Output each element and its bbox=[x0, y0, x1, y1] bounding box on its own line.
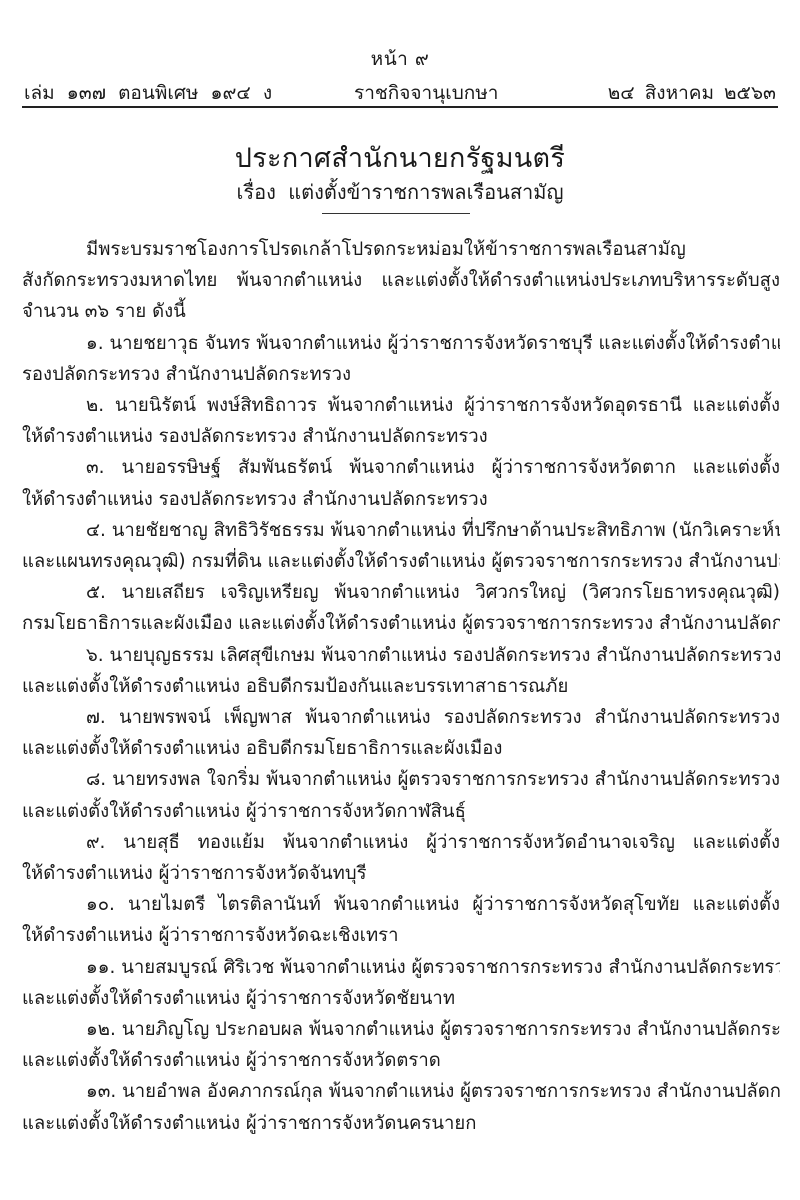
announcement-title: ประกาศสำนักนายกรัฐมนตรี bbox=[0, 136, 800, 179]
item-line-1: ๑. นายชยาวุธ จันทร พ้นจากตำแหน่ง ผู้ว่าร… bbox=[22, 328, 780, 359]
list-item: ๑๑. นายสมบูรณ์ ศิริเวช พ้นจากตำแหน่ง ผู้… bbox=[22, 952, 780, 1014]
item-line-1: ๑๑. นายสมบูรณ์ ศิริเวช พ้นจากตำแหน่ง ผู้… bbox=[22, 952, 780, 983]
list-item: ๔. นายชัยชาญ สิทธิวิรัชธรรม พ้นจากตำแหน่… bbox=[22, 515, 780, 577]
item-line-2: และแต่งตั้งให้ดำรงตำแหน่ง อธิบดีกรมโยธาธ… bbox=[22, 733, 780, 764]
item-line-2: และแต่งตั้งให้ดำรงตำแหน่ง ผู้ว่าราชการจั… bbox=[22, 1045, 780, 1076]
list-item: ๕. นายเสถียร เจริญเหรียญ พ้นจากตำแหน่ง ว… bbox=[22, 577, 780, 639]
item-line-2: และแต่งตั้งให้ดำรงตำแหน่ง อธิบดีกรมป้องก… bbox=[22, 671, 780, 702]
gazette-header: เล่ม ๑๓๗ ตอนพิเศษ ๑๙๔ ง ราชกิจจานุเบกษา … bbox=[24, 78, 776, 104]
item-line-1: ๖. นายบุญธรรม เลิศสุขีเกษม พ้นจากตำแหน่ง… bbox=[22, 640, 780, 671]
item-line-2: ให้ดำรงตำแหน่ง ผู้ว่าราชการจังหวัดจันทบุ… bbox=[22, 858, 780, 889]
item-line-1: ๑๒. นายภิญโญ ประกอบผล พ้นจากตำแหน่ง ผู้ต… bbox=[22, 1014, 780, 1045]
intro-line: สังกัดกระทรวงมหาดไทย พ้นจากตำแหน่ง และแต… bbox=[22, 265, 780, 296]
item-line-2: และแต่งตั้งให้ดำรงตำแหน่ง ผู้ว่าราชการจั… bbox=[22, 1108, 780, 1139]
item-line-2: และแต่งตั้งให้ดำรงตำแหน่ง ผู้ว่าราชการจั… bbox=[22, 983, 780, 1014]
item-line-1: ๓. นายอรรษิษฐ์ สัมพันธรัตน์ พ้นจากตำแหน่… bbox=[22, 452, 780, 483]
list-item: ๓. นายอรรษิษฐ์ สัมพันธรัตน์ พ้นจากตำแหน่… bbox=[22, 452, 780, 514]
publication-date: ๒๔ สิงหาคม ๒๕๖๓ bbox=[608, 78, 776, 108]
item-line-1: ๗. นายพรพจน์ เพ็ญพาส พ้นจากตำแหน่ง รองปล… bbox=[22, 702, 780, 733]
title-divider bbox=[322, 213, 470, 214]
list-item: ๑๓. นายอำพล อังคภากรณ์กุล พ้นจากตำแหน่ง … bbox=[22, 1076, 780, 1138]
intro-line: จำนวน ๓๖ ราย ดังนี้ bbox=[22, 296, 780, 327]
list-item: ๘. นายทรงพล ใจกริ่ม พ้นจากตำแหน่ง ผู้ตรว… bbox=[22, 764, 780, 826]
item-line-2: และแต่งตั้งให้ดำรงตำแหน่ง ผู้ว่าราชการจั… bbox=[22, 796, 780, 827]
list-item: ๑. นายชยาวุธ จันทร พ้นจากตำแหน่ง ผู้ว่าร… bbox=[22, 328, 780, 390]
item-line-1: ๙. นายสุธี ทองแย้ม พ้นจากตำแหน่ง ผู้ว่าร… bbox=[22, 827, 780, 858]
volume-issue: เล่ม ๑๓๗ ตอนพิเศษ ๑๙๔ ง bbox=[24, 78, 272, 108]
item-line-1: ๑๓. นายอำพล อังคภากรณ์กุล พ้นจากตำแหน่ง … bbox=[22, 1076, 780, 1107]
gazette-page: หน้า ๙ เล่ม ๑๓๗ ตอนพิเศษ ๑๙๔ ง ราชกิจจาน… bbox=[0, 0, 800, 1200]
intro-line: มีพระบรมราชโองการโปรดเกล้าโปรดกระหม่อมให… bbox=[22, 234, 780, 265]
item-line-2: รองปลัดกระทรวง สำนักงานปลัดกระทรวง bbox=[22, 359, 780, 390]
list-item: ๑๒. นายภิญโญ ประกอบผล พ้นจากตำแหน่ง ผู้ต… bbox=[22, 1014, 780, 1076]
item-line-1: ๕. นายเสถียร เจริญเหรียญ พ้นจากตำแหน่ง ว… bbox=[22, 577, 780, 608]
list-item: ๑๐. นายไมตรี ไตรติลานันท์ พ้นจากตำแหน่ง … bbox=[22, 889, 780, 951]
list-item: ๗. นายพรพจน์ เพ็ญพาส พ้นจากตำแหน่ง รองปล… bbox=[22, 702, 780, 764]
item-line-2: ให้ดำรงตำแหน่ง รองปลัดกระทรวง สำนักงานปล… bbox=[22, 421, 780, 452]
list-item: ๒. นายนิรัตน์ พงษ์สิทธิถาวร พ้นจากตำแหน่… bbox=[22, 390, 780, 452]
header-divider bbox=[22, 106, 778, 108]
intro-paragraph: มีพระบรมราชโองการโปรดเกล้าโปรดกระหม่อมให… bbox=[22, 234, 780, 328]
item-line-2: ให้ดำรงตำแหน่ง รองปลัดกระทรวง สำนักงานปล… bbox=[22, 484, 780, 515]
publication-name: ราชกิจจานุเบกษา bbox=[354, 78, 498, 108]
list-item: ๖. นายบุญธรรม เลิศสุขีเกษม พ้นจากตำแหน่ง… bbox=[22, 640, 780, 702]
page-number: หน้า ๙ bbox=[0, 44, 800, 74]
list-item: ๙. นายสุธี ทองแย้ม พ้นจากตำแหน่ง ผู้ว่าร… bbox=[22, 827, 780, 889]
item-line-2: กรมโยธาธิการและผังเมือง และแต่งตั้งให้ดำ… bbox=[22, 608, 780, 639]
item-line-2: และแผนทรงคุณวุฒิ) กรมที่ดิน และแต่งตั้งใ… bbox=[22, 546, 780, 577]
announcement-body: มีพระบรมราชโองการโปรดเกล้าโปรดกระหม่อมให… bbox=[22, 234, 780, 1139]
item-line-1: ๑๐. นายไมตรี ไตรติลานันท์ พ้นจากตำแหน่ง … bbox=[22, 889, 780, 920]
announcement-subject: เรื่อง แต่งตั้งข้าราชการพลเรือนสามัญ bbox=[0, 176, 800, 208]
item-line-2: ให้ดำรงตำแหน่ง ผู้ว่าราชการจังหวัดฉะเชิง… bbox=[22, 920, 780, 951]
item-line-1: ๒. นายนิรัตน์ พงษ์สิทธิถาวร พ้นจากตำแหน่… bbox=[22, 390, 780, 421]
item-line-1: ๘. นายทรงพล ใจกริ่ม พ้นจากตำแหน่ง ผู้ตรว… bbox=[22, 764, 780, 795]
item-line-1: ๔. นายชัยชาญ สิทธิวิรัชธรรม พ้นจากตำแหน่… bbox=[22, 515, 780, 546]
